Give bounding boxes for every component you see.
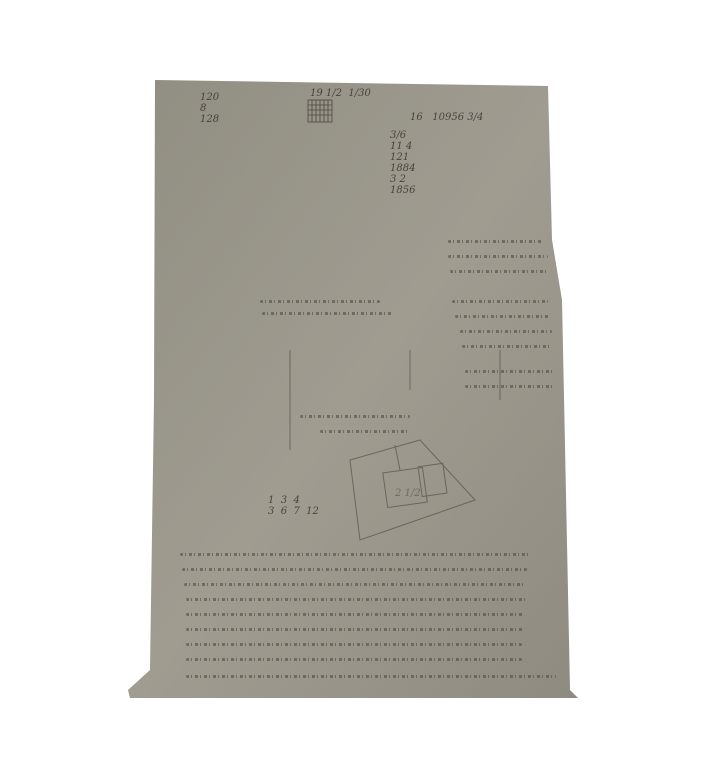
- column-top-left: 120 8 128: [200, 92, 219, 125]
- manuscript-page: 16 10956 3/4 19 1/2 1/30 120 8 128 3/6 1…: [0, 0, 710, 780]
- column-center: 3/6 11 4 121 1884 3 2 1856: [390, 130, 415, 196]
- sum-line: 1 3 4 3 6 7 12: [268, 495, 319, 517]
- sketch-label: 2 1/2: [395, 488, 421, 499]
- top-fraction: 19 1/2 1/30: [310, 88, 371, 99]
- paper-sheet: [0, 0, 710, 780]
- top-right-number: 16 10956 3/4: [410, 112, 483, 123]
